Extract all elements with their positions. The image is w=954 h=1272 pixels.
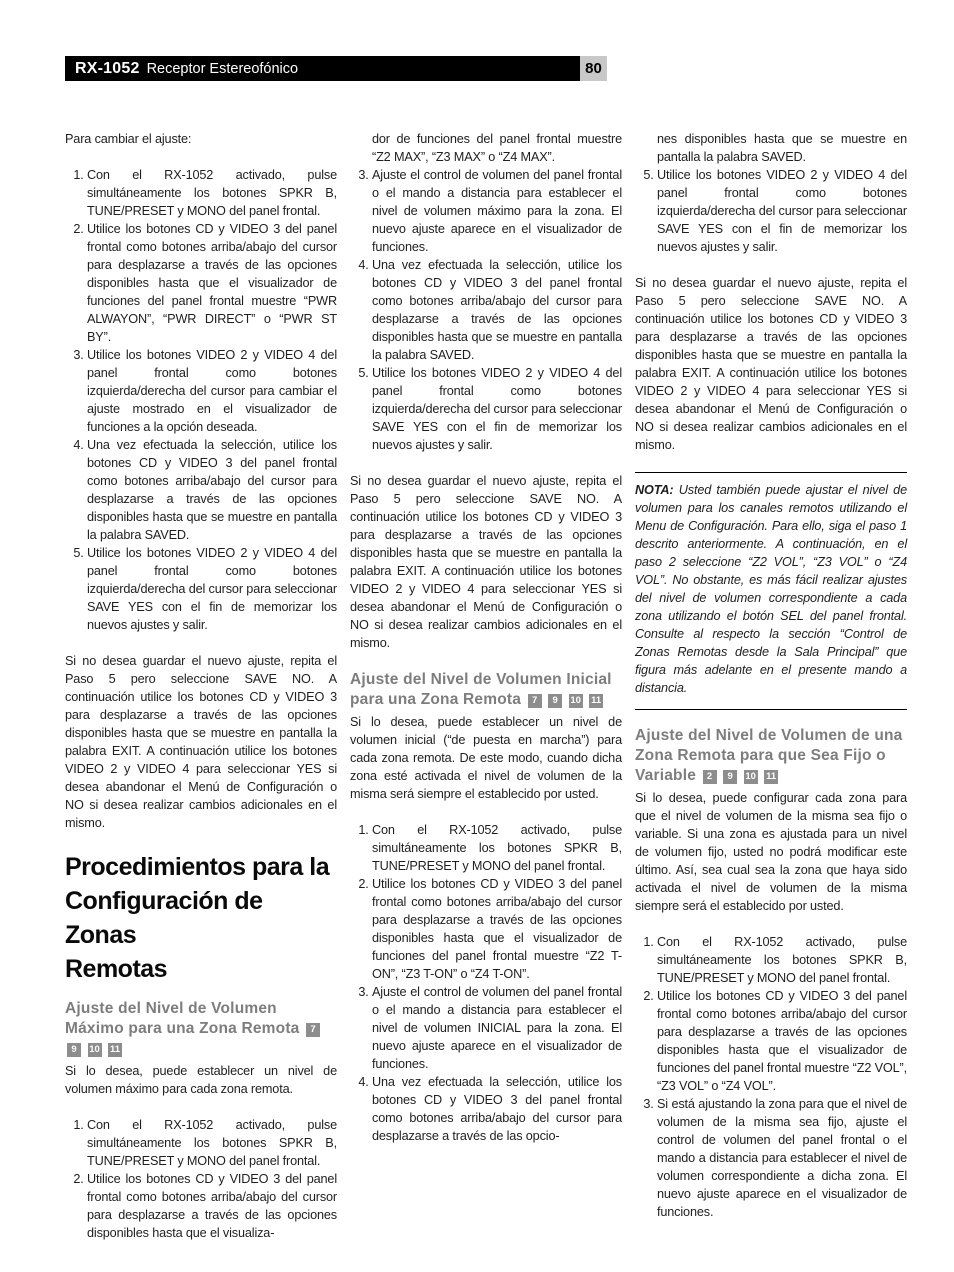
header-title-bar: RX-1052 Receptor Estereofónico [65, 56, 580, 81]
save-note-paragraph: Si no desea guardar el nuevo ajuste, rep… [635, 274, 907, 454]
intro-paragraph: Para cambiar el ajuste: [65, 130, 337, 148]
save-note-paragraph: Si no desea guardar el nuevo ajuste, rep… [350, 472, 622, 652]
list-item: Una vez efectuada la selección, utilice … [372, 1073, 622, 1145]
section-intro-paragraph: Si lo desea, puede configurar cada zona … [635, 789, 907, 915]
numbered-list: Con el RX-1052 activado, pulse simultáne… [65, 166, 337, 634]
continuation-text: dor de funciones del panel frontal muest… [350, 130, 622, 166]
list-item: Con el RX-1052 activado, pulse simultáne… [657, 933, 907, 987]
list-item: Utilice los botones CD y VIDEO 3 del pan… [87, 1170, 337, 1242]
column-3: nes disponibles hasta que se muestre en … [635, 130, 907, 1242]
numbered-list: Con el RX-1052 activado, pulse simultáne… [65, 1116, 337, 1242]
continuation-text: nes disponibles hasta que se muestre en … [635, 130, 907, 166]
reference-badge: 11 [589, 694, 603, 708]
list-item: Utilice los botones CD y VIDEO 3 del pan… [87, 220, 337, 346]
reference-badge: 9 [723, 770, 737, 784]
list-item: Utilice los botones VIDEO 2 y VIDEO 4 de… [87, 346, 337, 436]
section-heading-text: Ajuste del Nivel de Volumen Máximo para … [65, 1000, 300, 1037]
save-note-paragraph: Si no desea guardar el nuevo ajuste, rep… [65, 652, 337, 832]
list-item: Utilice los botones VIDEO 2 y VIDEO 4 de… [87, 544, 337, 634]
reference-badge: 10 [88, 1043, 102, 1057]
reference-badge: 11 [764, 770, 778, 784]
list-item: Con el RX-1052 activado, pulse simultáne… [87, 166, 337, 220]
reference-badge: 9 [548, 694, 562, 708]
note-box: NOTA: Usted también puede ajustar el niv… [635, 472, 907, 710]
reference-badge: 11 [108, 1043, 122, 1057]
section-heading: Ajuste del Nivel de Volumen de una Zona … [635, 726, 907, 786]
reference-badge: 7 [528, 694, 542, 708]
reference-badge: 7 [306, 1023, 320, 1037]
page-number: 80 [580, 56, 607, 81]
list-item: Si está ajustando la zona para que el ni… [657, 1095, 907, 1221]
reference-badge: 2 [703, 770, 717, 784]
list-item: Utilice los botones CD y VIDEO 3 del pan… [372, 875, 622, 983]
list-item: Ajuste el control de volumen del panel f… [372, 166, 622, 256]
note-text: Usted también puede ajustar el nivel de … [635, 483, 907, 695]
list-item: Con el RX-1052 activado, pulse simultáne… [372, 821, 622, 875]
list-item: Utilice los botones CD y VIDEO 3 del pan… [657, 987, 907, 1095]
list-item: Una vez efectuada la selección, utilice … [87, 436, 337, 544]
column-1: Para cambiar el ajuste: Con el RX-1052 a… [65, 130, 337, 1242]
list-item: Con el RX-1052 activado, pulse simultáne… [87, 1116, 337, 1170]
section-heading: Ajuste del Nivel de Volumen Inicial para… [350, 670, 622, 710]
model-name: RX-1052 [75, 60, 140, 78]
reference-badge: 9 [67, 1043, 81, 1057]
page-header: RX-1052 Receptor Estereofónico 80 [65, 56, 607, 81]
section-intro-paragraph: Si lo desea, puede establecer un nivel d… [350, 713, 622, 803]
list-item: Ajuste el control de volumen del panel f… [372, 983, 622, 1073]
section-intro-paragraph: Si lo desea, puede establecer un nivel d… [65, 1062, 337, 1098]
numbered-list: Ajuste el control de volumen del panel f… [350, 166, 622, 454]
manual-page: RX-1052 Receptor Estereofónico 80 Para c… [0, 0, 954, 1272]
numbered-list: Utilice los botones VIDEO 2 y VIDEO 4 de… [635, 166, 907, 256]
list-item: Utilice los botones VIDEO 2 y VIDEO 4 de… [372, 364, 622, 454]
header-subtitle: Receptor Estereofónico [147, 61, 299, 77]
column-2: dor de funciones del panel frontal muest… [350, 130, 622, 1242]
chapter-title: Procedimientos para la Configuración de … [65, 850, 337, 986]
section-heading: Ajuste del Nivel de Volumen Máximo para … [65, 999, 337, 1059]
numbered-list: Con el RX-1052 activado, pulse simultáne… [350, 821, 622, 1145]
note-label: NOTA: [635, 483, 673, 497]
list-item: Una vez efectuada la selección, utilice … [372, 256, 622, 364]
list-item: Utilice los botones VIDEO 2 y VIDEO 4 de… [657, 166, 907, 256]
numbered-list: Con el RX-1052 activado, pulse simultáne… [635, 933, 907, 1221]
reference-badge: 10 [744, 770, 758, 784]
reference-badge: 10 [569, 694, 583, 708]
text-columns: Para cambiar el ajuste: Con el RX-1052 a… [65, 130, 905, 1242]
